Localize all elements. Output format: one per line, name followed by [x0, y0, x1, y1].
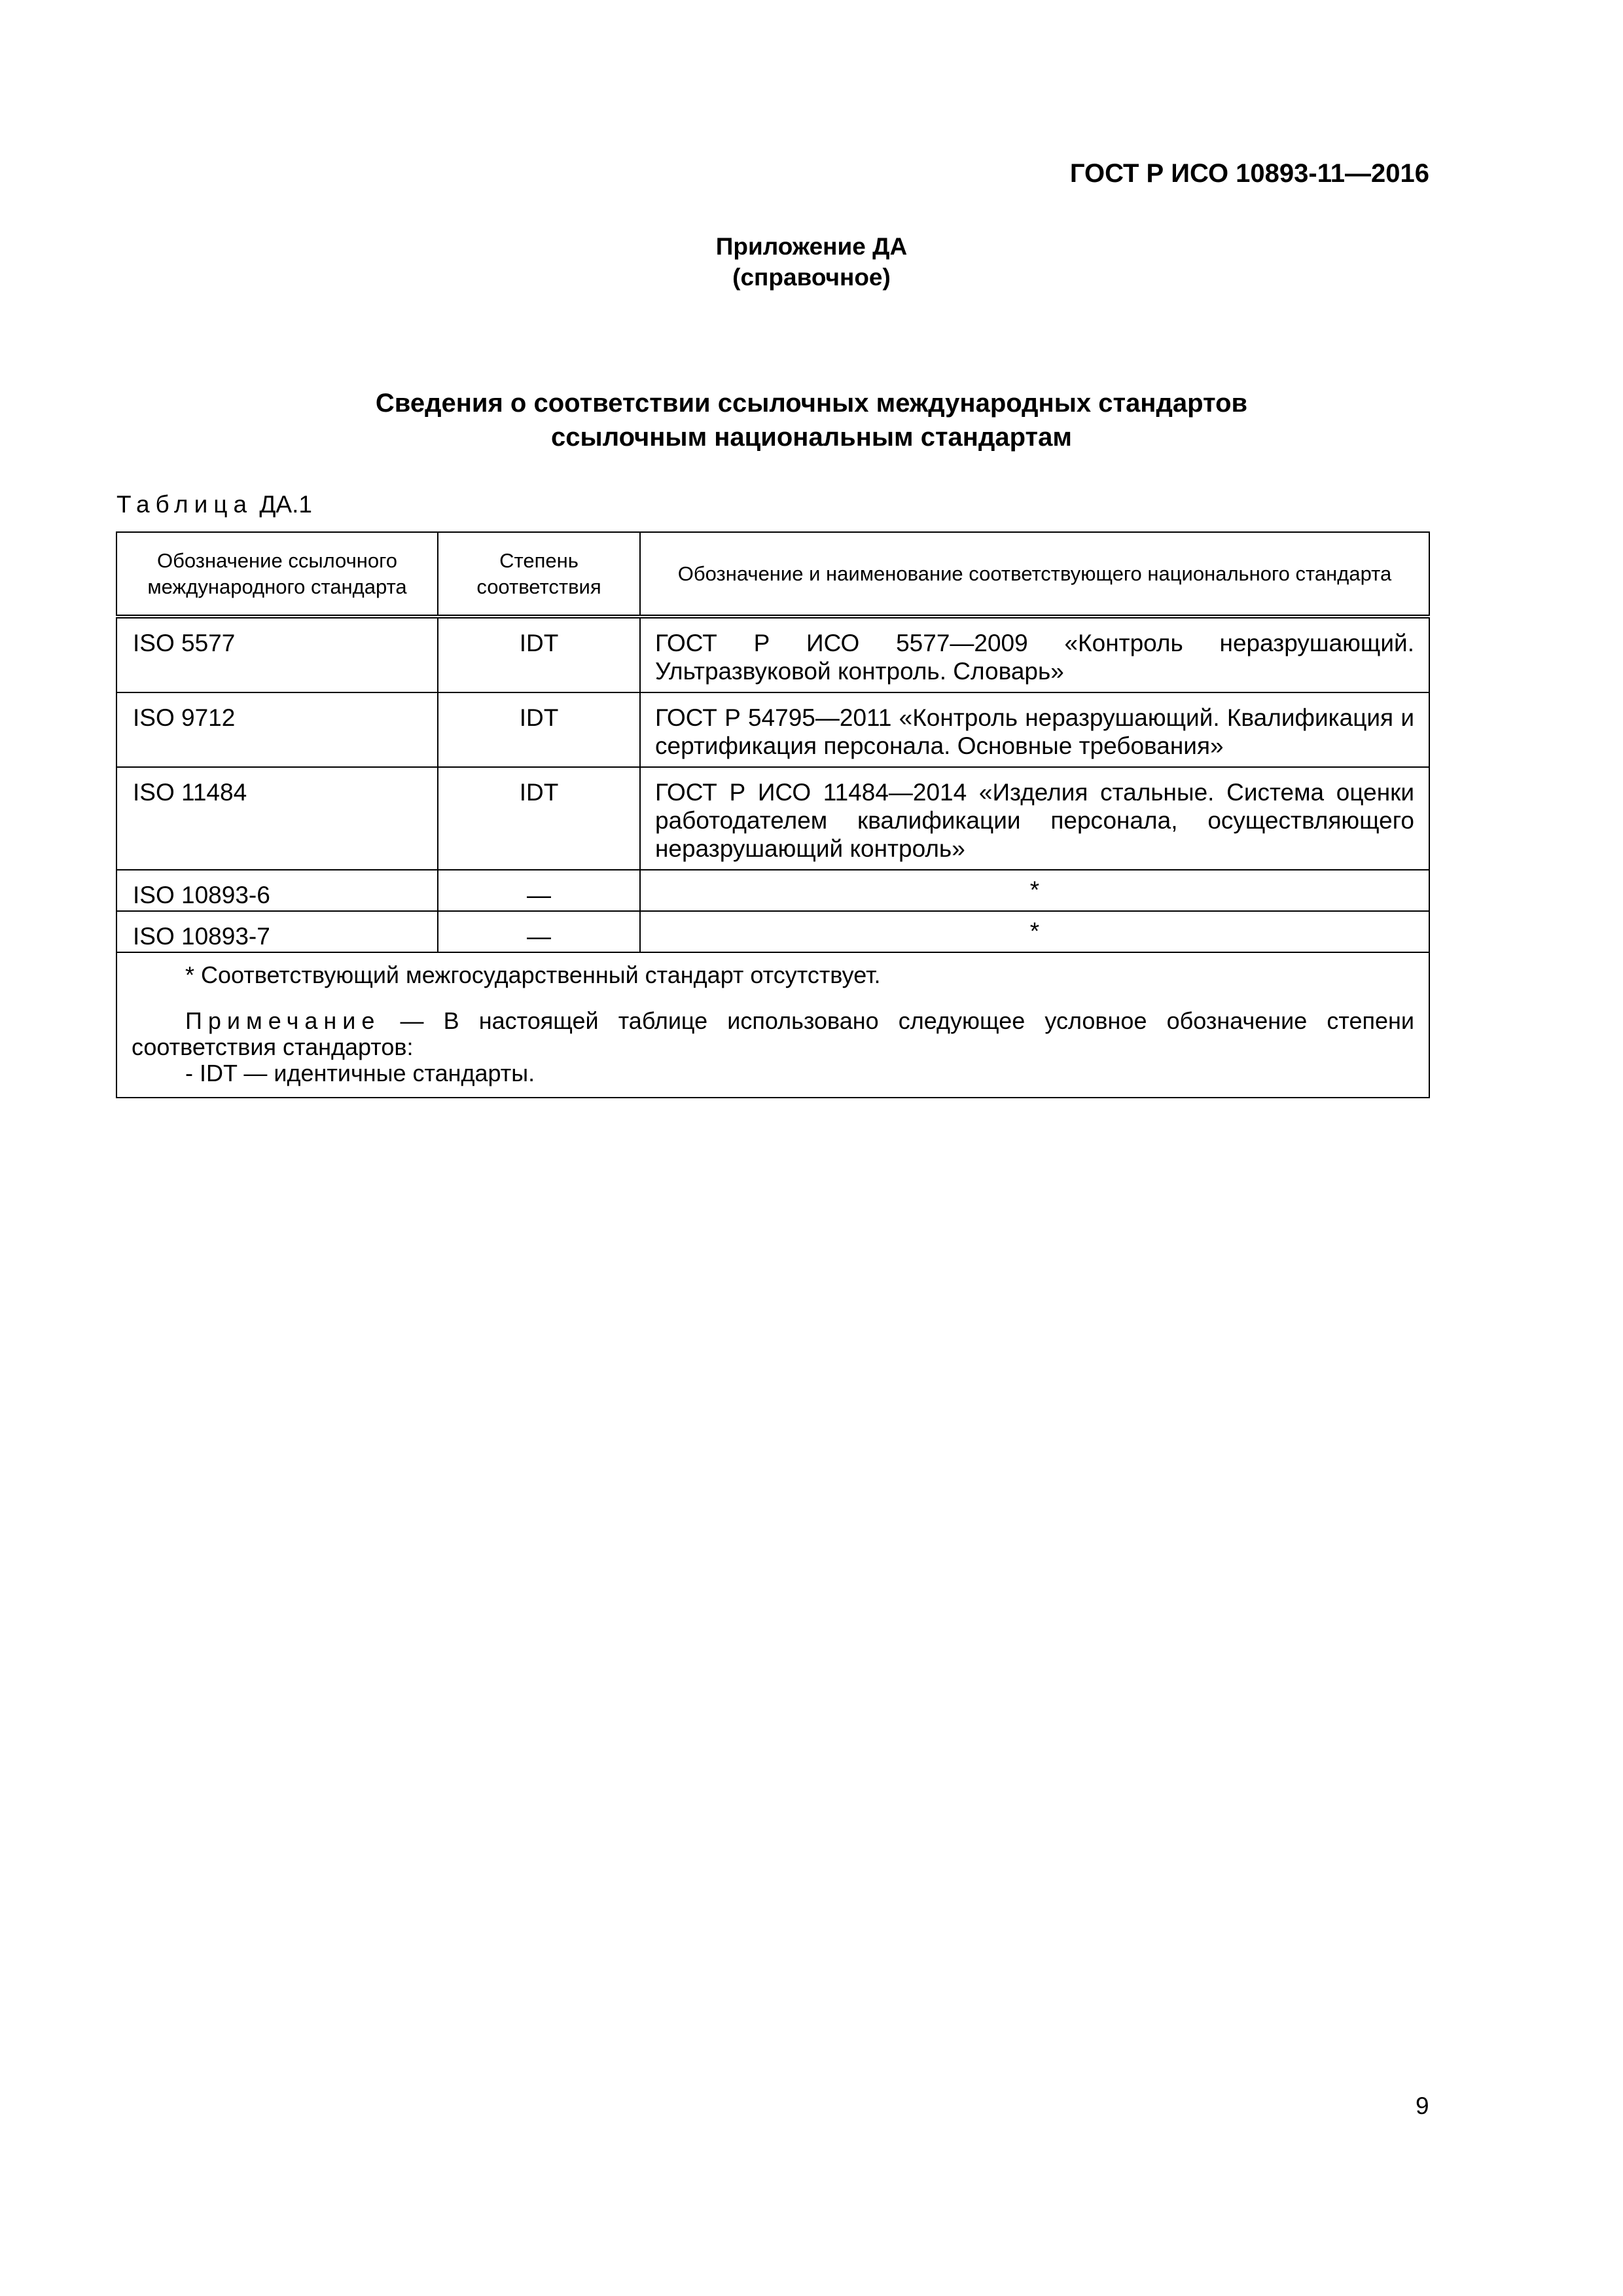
degree-cell: IDT	[438, 767, 640, 870]
international-standard-cell: ISO 9712	[116, 692, 438, 767]
footnote-text: * Соответствующий межгосударственный ста…	[132, 962, 1414, 988]
standards-correspondence-table: Обозначение ссылочного международного ст…	[116, 531, 1430, 1098]
document-code: ГОСТ Р ИСО 10893-11—2016	[1070, 159, 1429, 188]
page-number: 9	[1416, 2092, 1429, 2120]
table-caption: Таблица ДА.1	[116, 491, 312, 518]
table-note: Примечание — В настоящей таблице использ…	[132, 1008, 1414, 1060]
table-caption-number: ДА.1	[259, 491, 312, 518]
degree-cell: —	[438, 911, 640, 952]
degree-cell: IDT	[438, 692, 640, 767]
international-standard-cell: ISO 10893-7	[116, 911, 438, 952]
international-standard-cell: ISO 10893-6	[116, 870, 438, 911]
table-header-row: Обозначение ссылочного международного ст…	[116, 532, 1429, 617]
table-row: ISO 5577 IDT ГОСТ Р ИСО 5577—2009 «Контр…	[116, 617, 1429, 692]
appendix-type: (справочное)	[0, 262, 1623, 293]
column-header-degree: Степень соответствия	[438, 532, 640, 617]
section-title-line2: ссылочным национальным стандартам	[0, 420, 1623, 454]
note-item: - IDT — идентичные стандарты.	[132, 1060, 1414, 1086]
table-row: ISO 9712 IDT ГОСТ Р 54795—2011 «Контроль…	[116, 692, 1429, 767]
degree-cell: IDT	[438, 617, 640, 692]
international-standard-cell: ISO 5577	[116, 617, 438, 692]
section-title: Сведения о соответствии ссылочных междун…	[0, 386, 1623, 454]
national-standard-cell: ГОСТ Р ИСО 11484—2014 «Изделия стальные.…	[640, 767, 1429, 870]
footnote-cell: * Соответствующий межгосударственный ста…	[116, 952, 1429, 1098]
appendix-label: Приложение ДА	[0, 231, 1623, 262]
table-row: ISO 10893-6 — *	[116, 870, 1429, 911]
table-row: ISO 10893-7 — *	[116, 911, 1429, 952]
national-standard-cell: *	[640, 870, 1429, 911]
table-row: ISO 11484 IDT ГОСТ Р ИСО 11484—2014 «Изд…	[116, 767, 1429, 870]
section-title-line1: Сведения о соответствии ссылочных междун…	[0, 386, 1623, 420]
international-standard-cell: ISO 11484	[116, 767, 438, 870]
column-header-international: Обозначение ссылочного международного ст…	[116, 532, 438, 617]
appendix-heading: Приложение ДА (справочное)	[0, 231, 1623, 293]
national-standard-cell: *	[640, 911, 1429, 952]
table-caption-word: Таблица	[116, 491, 253, 518]
column-header-national: Обозначение и наименование соответствующ…	[640, 532, 1429, 617]
national-standard-cell: ГОСТ Р 54795—2011 «Контроль неразрушающи…	[640, 692, 1429, 767]
degree-cell: —	[438, 870, 640, 911]
note-label: Примечание	[185, 1007, 380, 1034]
national-standard-cell: ГОСТ Р ИСО 5577—2009 «Контроль неразруша…	[640, 617, 1429, 692]
table-footnote-row: * Соответствующий межгосударственный ста…	[116, 952, 1429, 1098]
